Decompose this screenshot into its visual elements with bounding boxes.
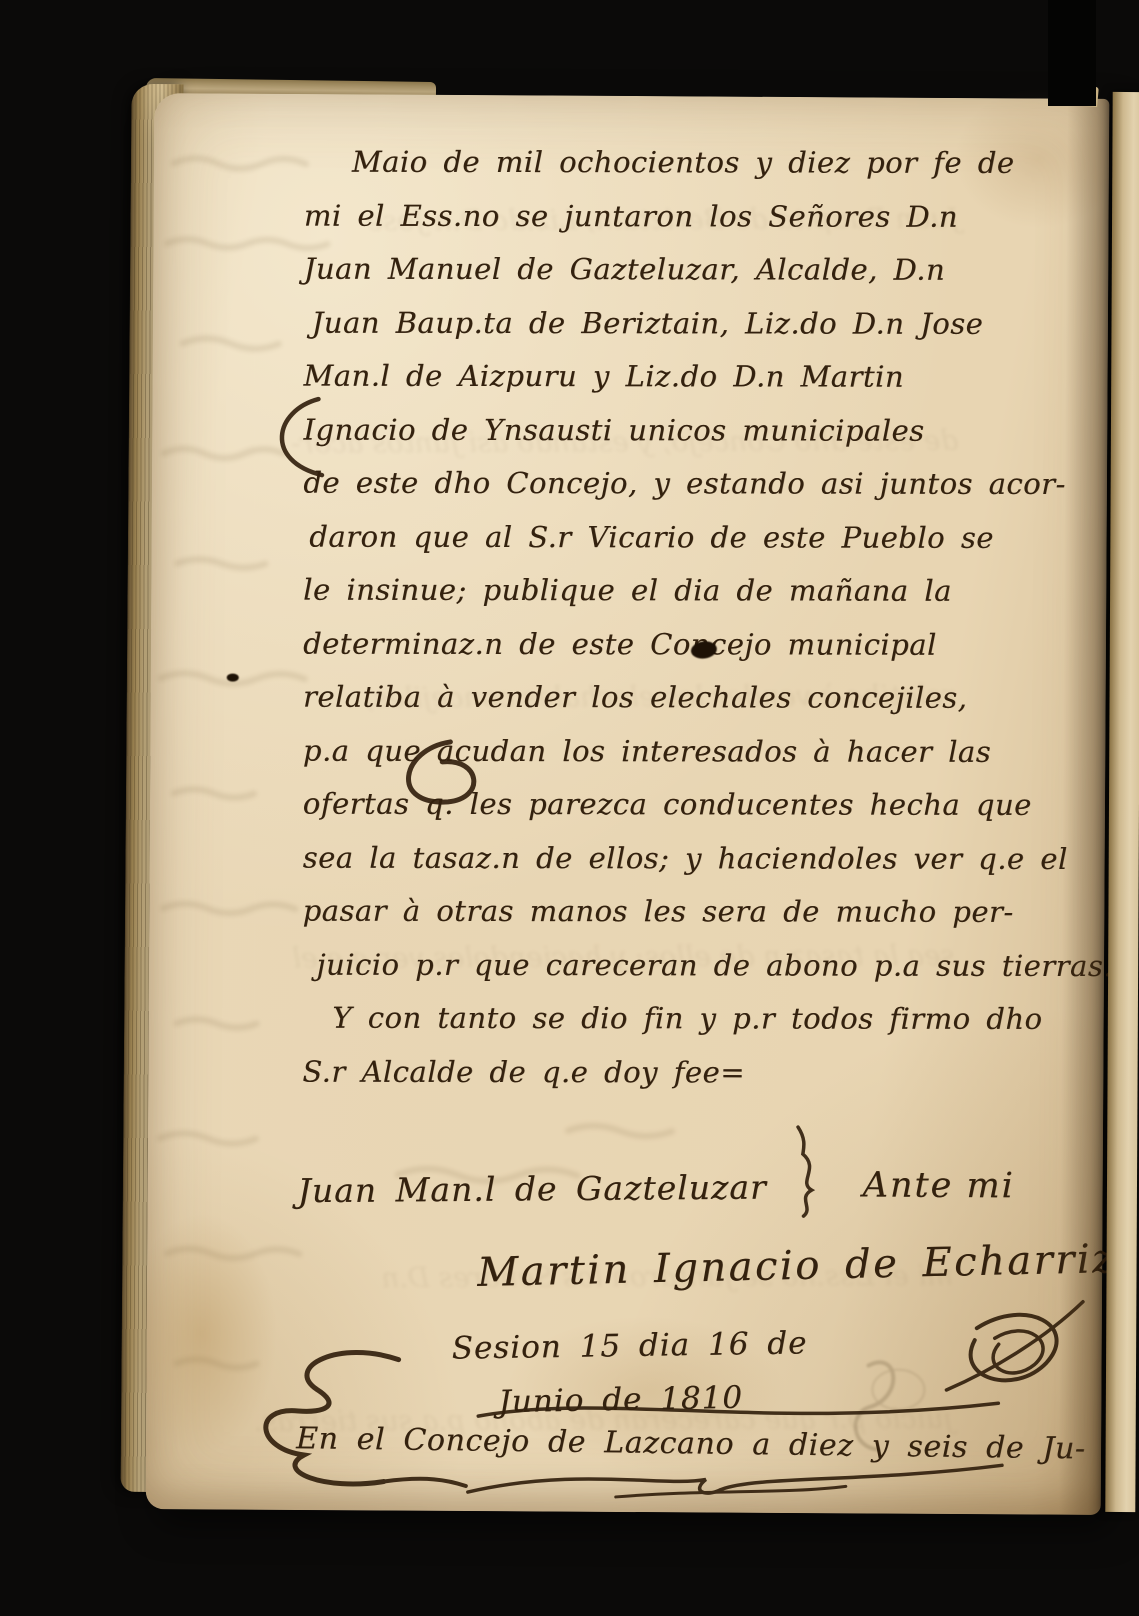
manuscript-line: Juan Manuel de Gazteluzar, Alcalde, D.n [304, 243, 1064, 298]
manuscript-text-block: Maio de mil ochocientos y diez por fe de… [302, 136, 1064, 1100]
manuscript-line: Y con tanto se dio fin y p.r todos firmo… [332, 992, 1062, 1047]
facing-page-edge [1105, 92, 1139, 1512]
signature-juan-manuel-gazteluzar: Juan Man.l de Gazteluzar [298, 1168, 767, 1211]
signature-brace [797, 1127, 812, 1216]
attestation-ante-mi: Ante mi [863, 1165, 1015, 1206]
manuscript-page: Juan Baup.ta de Beriztain, Liz.do D.n Jo… [146, 93, 1110, 1515]
manuscript-line: mi el Ess.no se juntaron los Señores D.n [304, 189, 1064, 244]
page-gutter-shadow [1059, 99, 1110, 1515]
manuscript-line: Man.l de Aizpuru y Liz.do D.n Martin [304, 350, 1064, 405]
signature-rubric-inner [993, 1331, 1043, 1373]
underline-final-2 [616, 1485, 846, 1498]
next-entry-opening-line: En el Concejo de Lazcano a diez y seis d… [296, 1421, 1086, 1466]
manuscript-line: juicio p.r que careceran de abono p.a su… [316, 938, 1062, 993]
spine-gap-shadow [1048, 0, 1096, 106]
manuscript-line: Maio de mil ochocientos y diez por fe de [352, 136, 1064, 191]
signature-rubric-outer [970, 1315, 1056, 1381]
manuscript-line: S.r Alcalde de q.e doy fee= [302, 1045, 1062, 1100]
initial-e-flourish [265, 1352, 398, 1484]
manuscript-line: de este dho Concejo, y estando asi junto… [303, 457, 1063, 512]
photo-scene: Juan Baup.ta de Beriztain, Liz.do D.n Jo… [0, 0, 1139, 1616]
manuscript-line: p.a que acudan los interesados à hacer l… [303, 724, 1063, 779]
manuscript-line: relatiba à vender los elechales concejil… [303, 671, 1063, 726]
ink-blot [227, 674, 239, 682]
paper-stain [126, 1213, 277, 1454]
underline-final [468, 1462, 1002, 1495]
manuscript-line: determinaz.n de este Concejo municipal [303, 617, 1063, 672]
session-heading-line-2: Junio de 1810 [498, 1380, 743, 1420]
manuscript-line: Ignacio de Ynsausti unicos municipales [303, 403, 1063, 458]
manuscript-line: daron que al S.r Vicario de este Pueblo … [309, 510, 1063, 565]
manuscript-line: pasar à otras manos les sera de mucho pe… [303, 885, 1063, 940]
manuscript-line: Juan Baup.ta de Beriztain, Liz.do D.n Jo… [312, 296, 1064, 351]
manuscript-line: ofertas q. les parezca conducentes hecha… [303, 778, 1063, 833]
initial-e-tail [384, 1479, 466, 1486]
signature-martin-ignacio: Martin Ignacio de Echarriz [477, 1236, 1116, 1296]
manuscript-line: le insinue; publique el dia de mañana la [303, 564, 1063, 619]
session-heading-line-1: Sesion 15 dia 16 de [451, 1325, 807, 1366]
manuscript-line: sea la tasaz.n de ellos; y haciendoles v… [303, 831, 1063, 886]
